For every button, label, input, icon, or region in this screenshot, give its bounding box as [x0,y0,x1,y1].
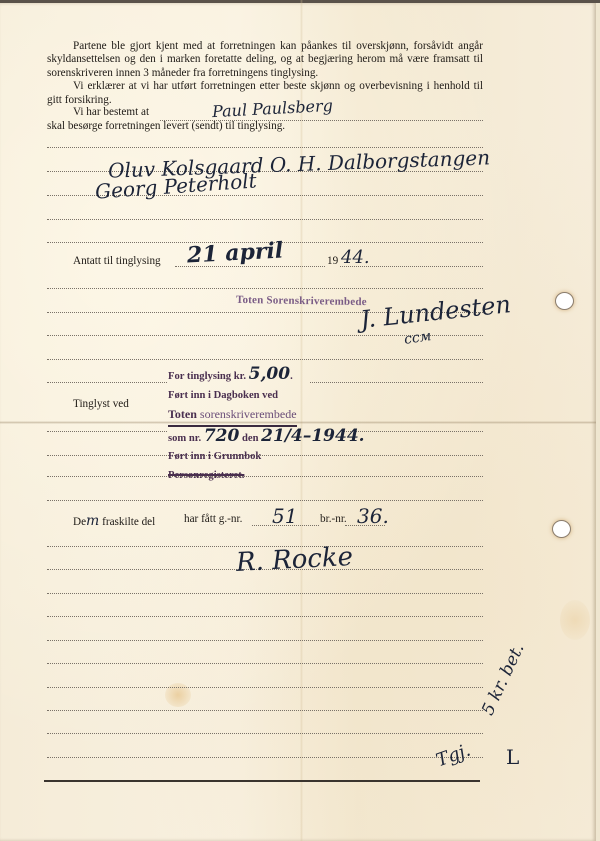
parcel-line [47,616,483,617]
delivery-suffix: skal besørge forretningen levert (sendt)… [47,120,285,132]
parcel-prefix: Dem fraskilte del [73,513,155,529]
tinglyst-line [47,431,167,432]
sign-line [47,219,483,220]
punch-hole-bottom [552,520,571,538]
gnr-value: 51 [272,504,297,528]
parcel-line [47,476,483,477]
gnr-label: har fått g.-nr. [184,513,242,525]
delivery-prefix: Vi har bestemt at [73,106,149,118]
grunnbok-label: Ført inn i Grunnbok [168,448,365,467]
registration-stamp: For tinglysing kr. 5,00. Ført inn i Dagb… [168,365,365,485]
parcel-prefix-handwritten: m [86,513,99,529]
parcel-line [47,733,483,734]
initial-mark: L [506,745,519,769]
bnr-label: br.-nr. [320,513,347,525]
fee-row: For tinglysing kr. 5,00. [168,365,365,387]
parcel-line [47,757,483,758]
office-row: Toten sorenskriverembede [168,405,297,427]
stain [560,600,590,640]
parcel-line [47,710,483,711]
parcel-label: fraskilte del [102,516,155,528]
parcel-signature: R. Rocke [235,542,353,578]
parcel-line [47,640,483,641]
paragraph-appeal: Partene ble gjort kjent med at forretnin… [47,40,483,80]
registration-line [47,288,483,289]
accepted-year-handwritten: 44. [341,247,370,268]
number-label: som nr. [168,433,201,444]
number-value: 720 [204,426,240,446]
accepted-label: Antatt til tinglysing [73,255,161,267]
registration-line [47,359,483,360]
fee-value: 5,00 [249,364,290,384]
office-suffix: sorenskriverembede [200,407,297,421]
bnr-value: 36. [357,504,389,528]
journal-label: Ført inn i Dagboken ved [168,387,365,406]
accepted-date-handwritten: 21 april [186,237,283,268]
number-row: som nr. 720 den 21/4–1944. [168,427,365,449]
parcel-line [47,500,483,501]
punch-hole-top [555,292,574,310]
bottom-rule [44,780,480,782]
accepted-year-prefix: 19 [327,255,338,267]
fee-label: For tinglysing kr. [168,371,246,382]
office-stamp: Toten Sorenskriverembede [236,291,367,312]
intro-text: Partene ble gjort kjent med at forretnin… [47,40,483,107]
tinglyst-label: Tinglyst ved [73,398,129,410]
parcel-line [47,687,483,688]
accepted-year-line [340,266,483,267]
parcel-line [47,593,483,594]
office-prefix: Toten [168,407,197,421]
date-value: 21/4–1944. [261,426,364,446]
parcel-line [47,663,483,664]
date-label: den [242,433,259,444]
tinglyst-line [47,382,167,383]
